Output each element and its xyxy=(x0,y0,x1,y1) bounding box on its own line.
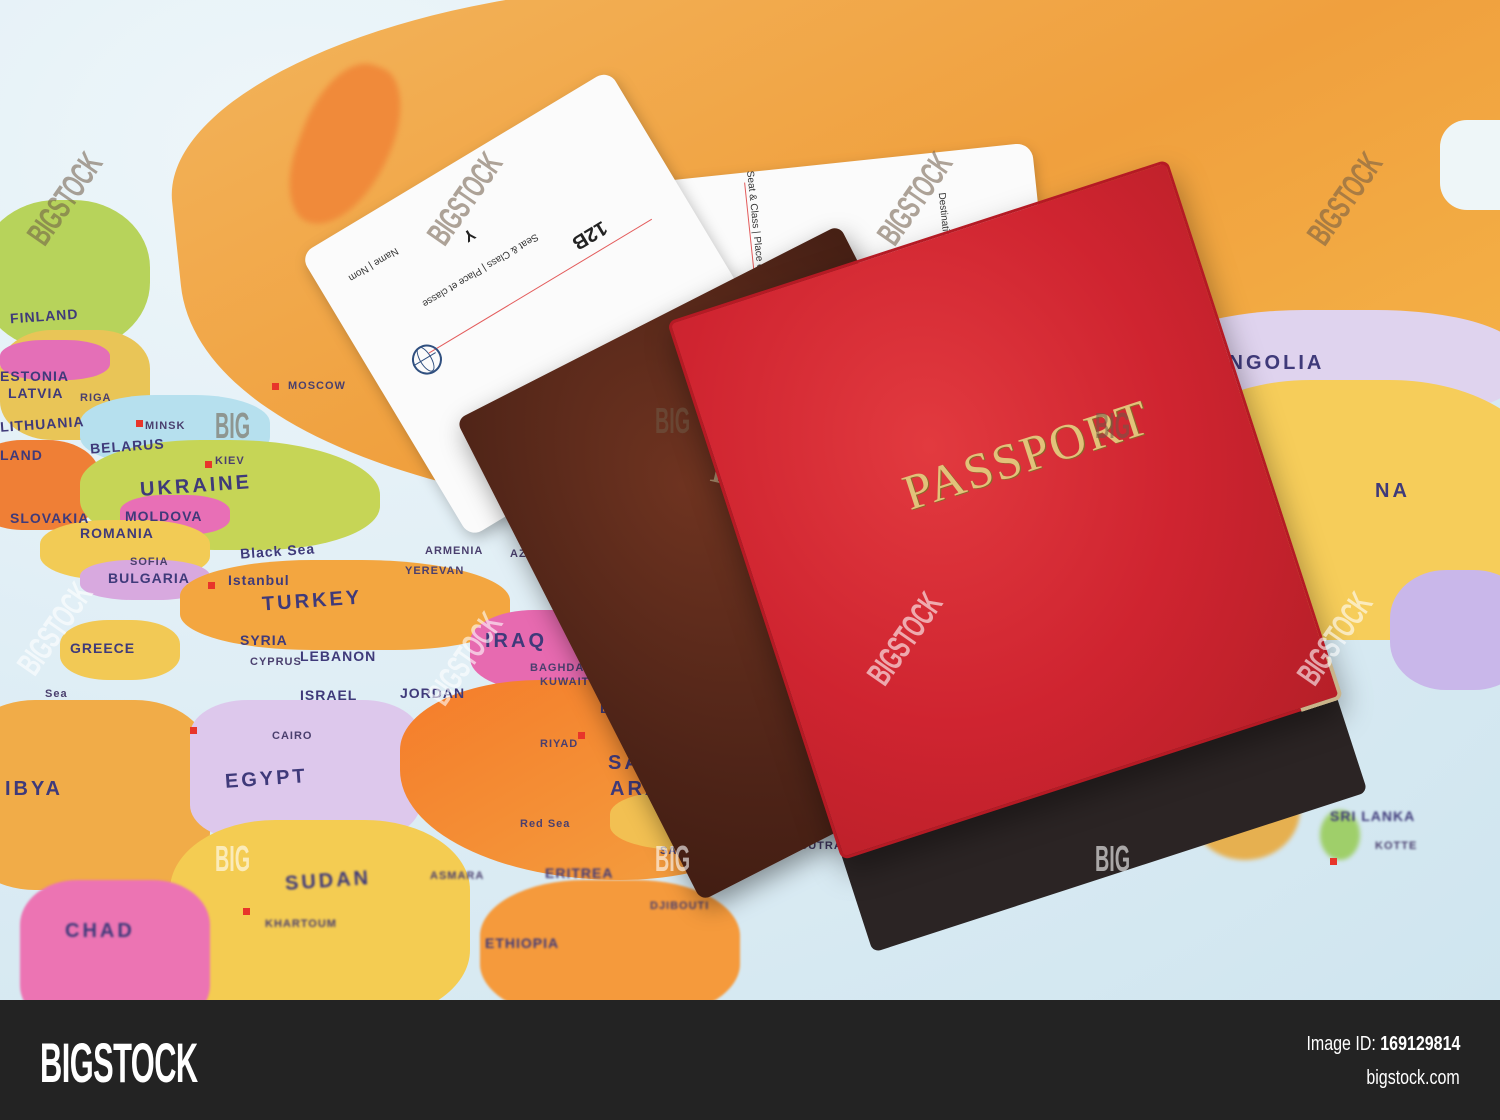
city-marker xyxy=(1330,858,1337,865)
map-label: NA xyxy=(1375,480,1410,503)
map-label: ETHIOPIA xyxy=(485,935,559,951)
map-label: CHAD xyxy=(65,920,135,943)
map-label: SOFIA xyxy=(130,556,169,568)
map-label: CYPRUS xyxy=(250,656,302,668)
brand-logo[interactable]: BIGSTOCK xyxy=(40,1030,198,1095)
map-label: KIEV xyxy=(215,455,245,467)
city-marker xyxy=(578,732,585,739)
ticket-name-label: Name | Nom xyxy=(346,245,400,283)
map-label: SRI LANKA xyxy=(1330,808,1415,824)
watermark-short: BIG xyxy=(655,400,690,442)
map-label: IBYA xyxy=(5,778,63,801)
map-label: KUWAIT xyxy=(540,676,589,688)
map-label: RIGA xyxy=(80,392,112,404)
watermark-short: BIG xyxy=(1095,838,1130,880)
watermark-short: BIG xyxy=(215,405,250,447)
city-marker xyxy=(190,727,197,734)
map-label: BULGARIA xyxy=(108,570,190,586)
map-label: Istanbul xyxy=(228,572,290,588)
map-label: Sea xyxy=(45,688,68,700)
site-link[interactable]: bigstock.com xyxy=(1367,1067,1460,1090)
city-marker xyxy=(208,582,215,589)
map-label: KOTTE xyxy=(1375,840,1417,852)
map-region-lake xyxy=(1440,120,1500,210)
city-marker xyxy=(136,420,143,427)
city-marker xyxy=(243,908,250,915)
map-label: LEBANON xyxy=(300,648,376,664)
map-label: LAND xyxy=(0,447,43,463)
map-region-finland xyxy=(0,200,150,350)
map-label: CAIRO xyxy=(272,730,312,742)
map-label: KHARTOUM xyxy=(265,918,337,930)
map-label: YEREVAN xyxy=(405,565,464,577)
map-label: MOSCOW xyxy=(288,380,346,392)
map-label: DJIBOUTI xyxy=(650,900,709,912)
map-label: ROMANIA xyxy=(80,525,154,541)
city-marker xyxy=(272,383,279,390)
map-label: SYRIA xyxy=(240,632,288,648)
map-label: RIYAD xyxy=(540,738,578,750)
map-label: ERITREA xyxy=(545,865,613,881)
watermark-short: BIG xyxy=(215,838,250,880)
image-id: Image ID: 169129814 xyxy=(1306,1033,1460,1056)
map-label: MINSK xyxy=(145,420,185,432)
map-label: GREECE xyxy=(70,640,135,656)
watermark-short: BIG xyxy=(655,838,690,880)
map-label: SLOVAKIA xyxy=(10,510,89,526)
map-label: ASMARA xyxy=(430,870,484,882)
map-region-myanmar xyxy=(1390,570,1500,690)
image-id-label: Image ID: xyxy=(1306,1033,1375,1055)
city-marker xyxy=(205,461,212,468)
map-label: LATVIA xyxy=(8,385,64,401)
footer-bar: BIGSTOCK Image ID: 169129814 bigstock.co… xyxy=(0,1000,1500,1120)
map-label: ESTONIA xyxy=(0,368,69,384)
map-label: ARMENIA xyxy=(425,545,483,557)
image-id-value: 169129814 xyxy=(1380,1033,1460,1055)
watermark-short: BIG xyxy=(1095,405,1130,447)
map-label: ISRAEL xyxy=(300,687,357,703)
map-label: MOLDOVA xyxy=(125,508,203,524)
map-label: Red Sea xyxy=(520,818,570,830)
stock-photo: FINLAND ESTONIA LATVIA LITHUANIA BELARUS… xyxy=(0,0,1500,1000)
